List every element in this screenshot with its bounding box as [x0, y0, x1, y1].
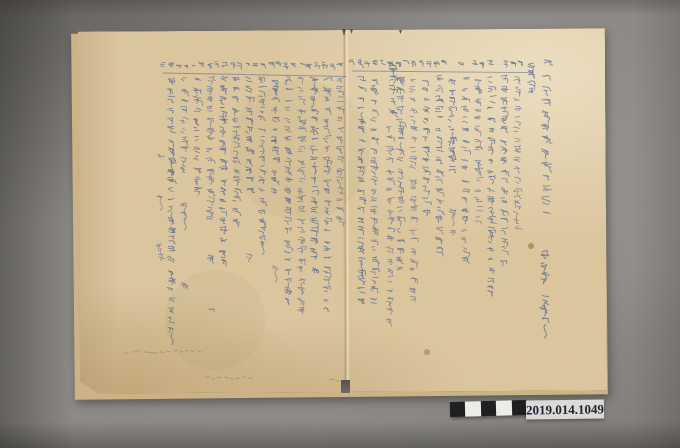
catalog-number: 2019.014.1049	[526, 401, 604, 418]
photo-scale-bar	[450, 400, 527, 417]
scale-square	[511, 400, 527, 415]
center-fold-crease	[342, 30, 349, 391]
paper-bottom-notch	[341, 380, 350, 393]
catalog-number-label: 2019.014.1049	[526, 399, 604, 419]
scale-square	[450, 402, 466, 417]
artifact-photograph: 公民科第一次讀本研究ノ題ニツ、 （一）字源説 2019.014.1049	[0, 0, 680, 448]
scale-square	[496, 400, 512, 415]
scale-square	[465, 401, 481, 416]
scale-square	[481, 401, 497, 416]
